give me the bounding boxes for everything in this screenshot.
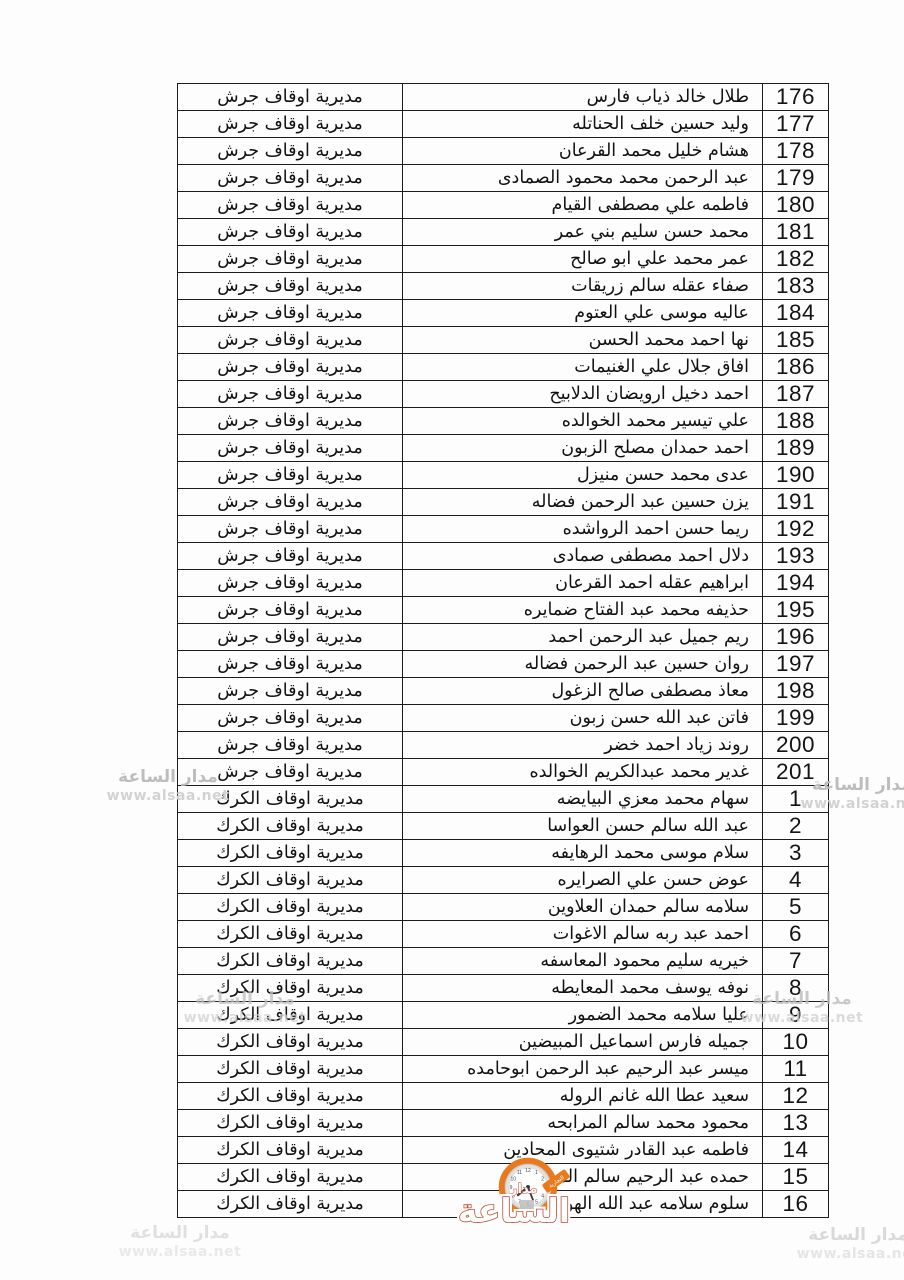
directorate-cell: مديرية اوقاف جرش (178, 354, 403, 381)
name-cell: سلام موسى محمد الرهايفه (403, 840, 763, 867)
directorate-cell: مديرية اوقاف جرش (178, 597, 403, 624)
directorate-cell: مديرية اوقاف جرش (178, 273, 403, 300)
directorate-cell: مديرية اوقاف الكرك (178, 894, 403, 921)
number-cell: 197 (763, 651, 829, 678)
directorate-cell: مديرية اوقاف جرش (178, 543, 403, 570)
name-cell: سلوم سلامه عبد الله الهويمل (403, 1191, 763, 1218)
table-row: مديرية اوقاف الكرك سعيد عطا الله غانم ال… (178, 1083, 829, 1110)
table-row: مديرية اوقاف جرش وليد حسين خلف الحناتله … (178, 111, 829, 138)
directorate-cell: مديرية اوقاف الكرك (178, 813, 403, 840)
table-row: مديرية اوقاف الكرك نوفه يوسف محمد المعاي… (178, 975, 829, 1002)
number-cell: 178 (763, 138, 829, 165)
table-row: مديرية اوقاف الكرك خيريه سليم محمود المع… (178, 948, 829, 975)
table-row: مديرية اوقاف جرش فاطمه علي مصطفى القيام … (178, 192, 829, 219)
number-cell: 191 (763, 489, 829, 516)
name-cell: محمد حسن سليم بني عمر (403, 219, 763, 246)
directorate-cell: مديرية اوقاف جرش (178, 624, 403, 651)
name-cell: ريما حسن احمد الرواشده (403, 516, 763, 543)
number-cell: 14 (763, 1137, 829, 1164)
name-cell: سعيد عطا الله غانم الروله (403, 1083, 763, 1110)
number-cell: 192 (763, 516, 829, 543)
directorate-cell: مديرية اوقاف جرش (178, 300, 403, 327)
name-cell: ابراهيم عقله احمد القرعان (403, 570, 763, 597)
number-cell: 199 (763, 705, 829, 732)
name-cell: نوفه يوسف محمد المعايطه (403, 975, 763, 1002)
watermark-sitename: مدار الساعة (110, 1224, 250, 1244)
number-cell: 183 (763, 273, 829, 300)
name-cell: دلال احمد مصطفى صمادى (403, 543, 763, 570)
table-row: مديرية اوقاف جرش صفاء عقله سالم زريقات 1… (178, 273, 829, 300)
directorate-cell: مديرية اوقاف جرش (178, 138, 403, 165)
directorate-cell: مديرية اوقاف الكرك (178, 840, 403, 867)
directorate-cell: مديرية اوقاف جرش (178, 705, 403, 732)
number-cell: 196 (763, 624, 829, 651)
number-cell: 188 (763, 408, 829, 435)
directorate-cell: مديرية اوقاف جرش (178, 678, 403, 705)
number-cell: 187 (763, 381, 829, 408)
number-cell: 194 (763, 570, 829, 597)
name-cell: طلال خالد ذياب فارس (403, 84, 763, 111)
table-row: مديرية اوقاف الكرك فاطمه عبد القادر شتيو… (178, 1137, 829, 1164)
directorate-cell: مديرية اوقاف الكرك (178, 1191, 403, 1218)
name-cell: فاطمه عبد القادر شتيوى المحادين (403, 1137, 763, 1164)
table-row: مديرية اوقاف جرش احمد دخيل ارويضان الدلا… (178, 381, 829, 408)
name-cell: حذيفه محمد عبد الفتاح ضمايره (403, 597, 763, 624)
number-cell: 198 (763, 678, 829, 705)
watermark-sitename: مدار الساعة (788, 1226, 904, 1246)
table-row: مديرية اوقاف الكرك سهام محمد معزي البياي… (178, 786, 829, 813)
table-row: مديرية اوقاف جرش روان حسين عبد الرحمن فض… (178, 651, 829, 678)
table-row: مديرية اوقاف جرش نها احمد محمد الحسن 185 (178, 327, 829, 354)
directorate-cell: مديرية اوقاف الكرك (178, 948, 403, 975)
number-cell: 190 (763, 462, 829, 489)
name-cell: خيريه سليم محمود المعاسفه (403, 948, 763, 975)
directorate-cell: مديرية اوقاف جرش (178, 651, 403, 678)
table-row: مديرية اوقاف جرش احمد حمدان مصلح الزبون … (178, 435, 829, 462)
table-row: مديرية اوقاف جرش معاذ مصطفى صالح الزغول … (178, 678, 829, 705)
name-cell: ريم جميل عبد الرحمن احمد (403, 624, 763, 651)
name-cell: وليد حسين خلف الحناتله (403, 111, 763, 138)
directorate-cell: مديرية اوقاف جرش (178, 327, 403, 354)
number-cell: 186 (763, 354, 829, 381)
name-cell: عبد الله سالم حسن العواسا (403, 813, 763, 840)
number-cell: 13 (763, 1110, 829, 1137)
watermark-url: www.alsaa.net (110, 1244, 250, 1260)
watermark: مدار الساعة www.alsaa.net (110, 1224, 250, 1260)
table-row: مديرية اوقاف جرش ريم جميل عبد الرحمن احم… (178, 624, 829, 651)
directorate-cell: مديرية اوقاف جرش (178, 408, 403, 435)
table-row: مديرية اوقاف جرش افاق جلال علي الغنيمات … (178, 354, 829, 381)
directorate-cell: مديرية اوقاف جرش (178, 489, 403, 516)
directorate-cell: مديرية اوقاف جرش (178, 111, 403, 138)
table-row: مديرية اوقاف الكرك حمده عبد الرحيم سالم … (178, 1164, 829, 1191)
table-row: مديرية اوقاف جرش طلال خالد ذياب فارس 176 (178, 84, 829, 111)
directorate-cell: مديرية اوقاف الكرك (178, 921, 403, 948)
table-row: مديرية اوقاف جرش محمد حسن سليم بني عمر 1… (178, 219, 829, 246)
number-cell: 4 (763, 867, 829, 894)
name-cell: محمود محمد سالم المرابحه (403, 1110, 763, 1137)
directorate-cell: مديرية اوقاف الكرك (178, 975, 403, 1002)
number-cell: 11 (763, 1056, 829, 1083)
name-cell: صفاء عقله سالم زريقات (403, 273, 763, 300)
directorate-cell: مديرية اوقاف جرش (178, 570, 403, 597)
number-cell: 12 (763, 1083, 829, 1110)
watermark: مدار الساعة www.alsaa.net (788, 1226, 904, 1262)
number-cell: 1 (763, 786, 829, 813)
table-row: مديرية اوقاف الكرك سلوم سلامه عبد الله ا… (178, 1191, 829, 1218)
name-cell: عليا سلامه محمد الضمور (403, 1002, 763, 1029)
table-row: مديرية اوقاف الكرك جميله فارس اسماعيل ال… (178, 1029, 829, 1056)
number-cell: 189 (763, 435, 829, 462)
number-cell: 195 (763, 597, 829, 624)
directorate-cell: مديرية اوقاف الكرك (178, 786, 403, 813)
name-cell: احمد حمدان مصلح الزبون (403, 435, 763, 462)
name-cell: روان حسين عبد الرحمن فضاله (403, 651, 763, 678)
directorate-cell: مديرية اوقاف الكرك (178, 1056, 403, 1083)
number-cell: 9 (763, 1002, 829, 1029)
number-cell: 8 (763, 975, 829, 1002)
name-cell: عبد الرحمن محمد محمود الصمادى (403, 165, 763, 192)
number-cell: 185 (763, 327, 829, 354)
number-cell: 193 (763, 543, 829, 570)
number-cell: 6 (763, 921, 829, 948)
name-cell: غدير محمد عبدالكريم الخوالده (403, 759, 763, 786)
directorate-cell: مديرية اوقاف الكرك (178, 1029, 403, 1056)
table-row: مديرية اوقاف جرش غدير محمد عبدالكريم الخ… (178, 759, 829, 786)
roster-rows: مديرية اوقاف جرش طلال خالد ذياب فارس 176… (178, 84, 829, 1218)
name-cell: يزن حسين عبد الرحمن فضاله (403, 489, 763, 516)
directorate-cell: مديرية اوقاف جرش (178, 381, 403, 408)
table-row: مديرية اوقاف جرش عاليه موسى علي العتوم 1… (178, 300, 829, 327)
number-cell: 15 (763, 1164, 829, 1191)
table-row: مديرية اوقاف جرش ابراهيم عقله احمد القرع… (178, 570, 829, 597)
directorate-cell: مديرية اوقاف جرش (178, 732, 403, 759)
directorate-cell: مديرية اوقاف جرش (178, 462, 403, 489)
name-cell: عوض حسن علي الصرايره (403, 867, 763, 894)
name-cell: جميله فارس اسماعيل المبيضين (403, 1029, 763, 1056)
table-row: مديرية اوقاف جرش علي تيسير محمد الخوالده… (178, 408, 829, 435)
table-row: مديرية اوقاف جرش عبد الرحمن محمد محمود ا… (178, 165, 829, 192)
number-cell: 5 (763, 894, 829, 921)
name-cell: افاق جلال علي الغنيمات (403, 354, 763, 381)
name-cell: فاتن عبد الله حسن زبون (403, 705, 763, 732)
number-cell: 184 (763, 300, 829, 327)
number-cell: 182 (763, 246, 829, 273)
directorate-cell: مديرية اوقاف جرش (178, 219, 403, 246)
table-row: مديرية اوقاف الكرك احمد عبد ربه سالم الا… (178, 921, 829, 948)
table-row: مديرية اوقاف جرش فاتن عبد الله حسن زبون … (178, 705, 829, 732)
name-cell: ميسر عبد الرحيم عبد الرحمن ابوحامده (403, 1056, 763, 1083)
name-cell: عاليه موسى علي العتوم (403, 300, 763, 327)
awqaf-roster-table: مديرية اوقاف جرش طلال خالد ذياب فارس 176… (177, 83, 829, 1218)
directorate-cell: مديرية اوقاف الكرك (178, 1164, 403, 1191)
name-cell: علي تيسير محمد الخوالده (403, 408, 763, 435)
table-row: مديرية اوقاف جرش روند زياد احمد خضر 200 (178, 732, 829, 759)
name-cell: احمد دخيل ارويضان الدلابيح (403, 381, 763, 408)
number-cell: 10 (763, 1029, 829, 1056)
table-row: مديرية اوقاف جرش دلال احمد مصطفى صمادى 1… (178, 543, 829, 570)
number-cell: 7 (763, 948, 829, 975)
number-cell: 3 (763, 840, 829, 867)
name-cell: عمر محمد علي ابو صالح (403, 246, 763, 273)
directorate-cell: مديرية اوقاف جرش (178, 165, 403, 192)
table-row: مديرية اوقاف جرش هشام خليل محمد القرعان … (178, 138, 829, 165)
table-row: مديرية اوقاف الكرك عليا سلامه محمد الضمو… (178, 1002, 829, 1029)
directorate-cell: مديرية اوقاف جرش (178, 759, 403, 786)
directorate-cell: مديرية اوقاف جرش (178, 516, 403, 543)
table-row: مديرية اوقاف جرش ريما حسن احمد الرواشده … (178, 516, 829, 543)
name-cell: هشام خليل محمد القرعان (403, 138, 763, 165)
directorate-cell: مديرية اوقاف جرش (178, 246, 403, 273)
number-cell: 176 (763, 84, 829, 111)
number-cell: 177 (763, 111, 829, 138)
number-cell: 180 (763, 192, 829, 219)
table-row: مديرية اوقاف جرش يزن حسين عبد الرحمن فضا… (178, 489, 829, 516)
directorate-cell: مديرية اوقاف جرش (178, 84, 403, 111)
number-cell: 16 (763, 1191, 829, 1218)
name-cell: احمد عبد ربه سالم الاغوات (403, 921, 763, 948)
table-row: مديرية اوقاف جرش عدى محمد حسن منيزل 190 (178, 462, 829, 489)
table-row: مديرية اوقاف جرش حذيفه محمد عبد الفتاح ض… (178, 597, 829, 624)
directorate-cell: مديرية اوقاف الكرك (178, 867, 403, 894)
directorate-cell: مديرية اوقاف الكرك (178, 1110, 403, 1137)
number-cell: 2 (763, 813, 829, 840)
number-cell: 179 (763, 165, 829, 192)
watermark-url: www.alsaa.net (788, 1246, 904, 1262)
directorate-cell: مديرية اوقاف جرش (178, 435, 403, 462)
name-cell: عدى محمد حسن منيزل (403, 462, 763, 489)
directorate-cell: مديرية اوقاف الكرك (178, 1002, 403, 1029)
table-row: مديرية اوقاف الكرك محمود محمد سالم المرا… (178, 1110, 829, 1137)
name-cell: سهام محمد معزي البيايضه (403, 786, 763, 813)
table-row: مديرية اوقاف جرش عمر محمد علي ابو صالح 1… (178, 246, 829, 273)
name-cell: روند زياد احمد خضر (403, 732, 763, 759)
directorate-cell: مديرية اوقاف جرش (178, 192, 403, 219)
name-cell: سلامه سالم حمدان العلاوين (403, 894, 763, 921)
table-row: مديرية اوقاف الكرك ميسر عبد الرحيم عبد ا… (178, 1056, 829, 1083)
name-cell: فاطمه علي مصطفى القيام (403, 192, 763, 219)
table-row: مديرية اوقاف الكرك عبد الله سالم حسن الع… (178, 813, 829, 840)
table-row: مديرية اوقاف الكرك سلامه سالم حمدان العل… (178, 894, 829, 921)
number-cell: 200 (763, 732, 829, 759)
table-row: مديرية اوقاف الكرك عوض حسن علي الصرايره … (178, 867, 829, 894)
name-cell: حمده عبد الرحيم سالم المواجده (403, 1164, 763, 1191)
directorate-cell: مديرية اوقاف الكرك (178, 1083, 403, 1110)
name-cell: نها احمد محمد الحسن (403, 327, 763, 354)
document-page: مديرية اوقاف جرش طلال خالد ذياب فارس 176… (0, 0, 904, 1280)
table-row: مديرية اوقاف الكرك سلام موسى محمد الرهاي… (178, 840, 829, 867)
number-cell: 181 (763, 219, 829, 246)
name-cell: معاذ مصطفى صالح الزغول (403, 678, 763, 705)
number-cell: 201 (763, 759, 829, 786)
directorate-cell: مديرية اوقاف الكرك (178, 1137, 403, 1164)
